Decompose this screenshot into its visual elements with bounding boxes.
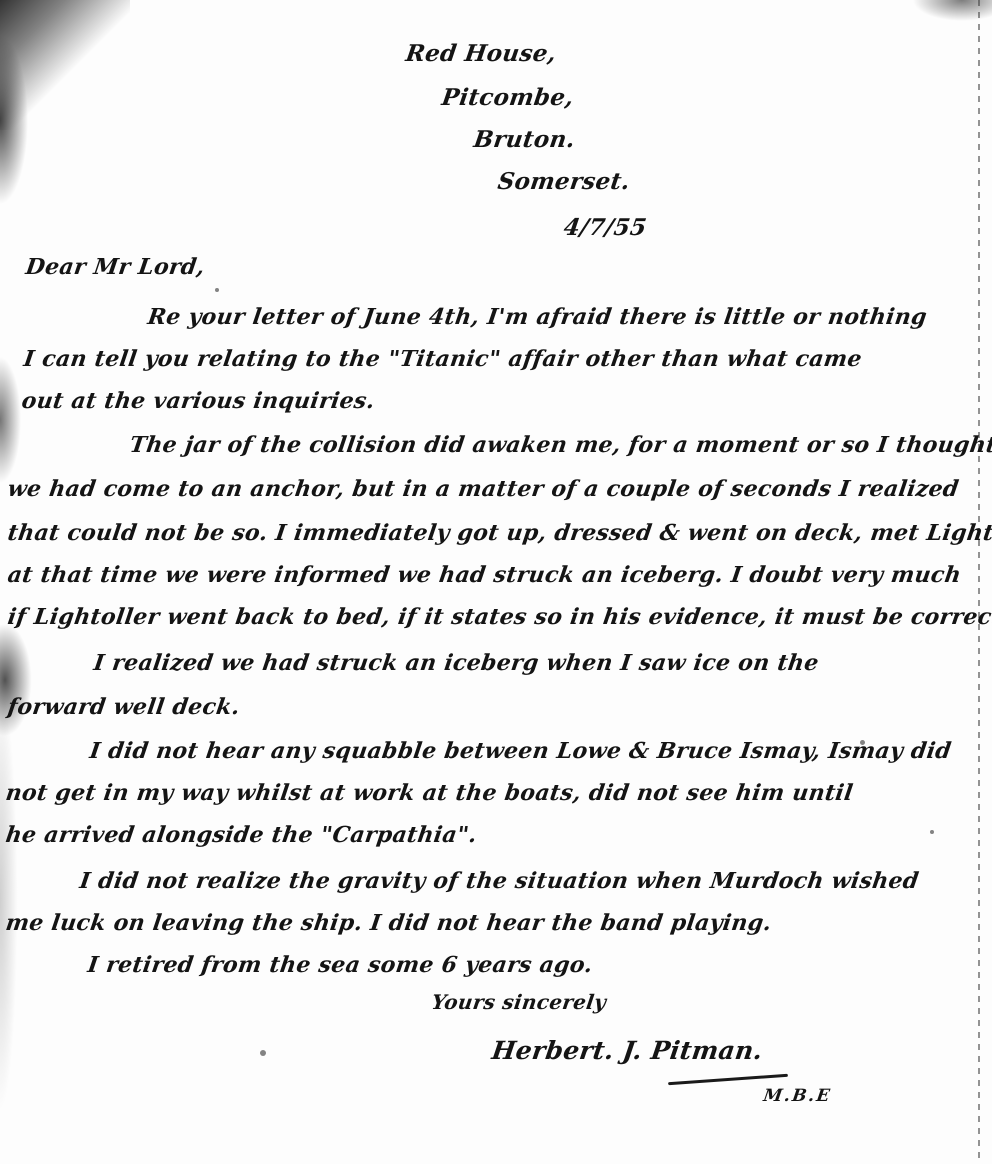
body-line: me luck on leaving the ship. I did not h… <box>4 910 773 936</box>
address-line-3: Bruton. <box>472 126 577 153</box>
body-line: out at the various inquiries. <box>20 388 377 414</box>
address-line-4: Somerset. <box>496 168 632 195</box>
body-line: The jar of the collision did awaken me, … <box>128 432 992 458</box>
body-line: he arrived alongside the "Carpathia". <box>4 822 479 848</box>
body-line: at that time we were informed we had str… <box>6 562 963 588</box>
body-line: that could not be so. I immediately got … <box>6 520 992 546</box>
speckle <box>260 1050 266 1056</box>
scan-shadow-top-right <box>882 0 992 40</box>
address-line-1: Red House, <box>404 40 558 67</box>
body-line: I can tell you relating to the "Titanic"… <box>22 346 864 372</box>
body-line: I did not hear any squabble between Lowe… <box>88 738 953 764</box>
body-line: I did not realize the gravity of the sit… <box>78 868 920 894</box>
closing: Yours sincerely <box>430 990 608 1014</box>
signature: Herbert. J. Pitman. <box>490 1036 765 1065</box>
letter-date: 4/7/55 <box>562 214 648 241</box>
body-line: I retired from the sea some 6 years ago. <box>86 952 594 978</box>
speckle <box>215 288 219 292</box>
body-line: not get in my way whilst at work at the … <box>4 780 855 806</box>
speckle <box>930 830 934 834</box>
body-line: if Lightoller went back to bed, if it st… <box>6 604 992 630</box>
salutation: Dear Mr Lord, <box>24 254 207 280</box>
body-line: I realized we had struck an iceberg when… <box>92 650 820 676</box>
scan-edge-right <box>978 0 980 1164</box>
body-line: Re your letter of June 4th, I'm afraid t… <box>146 304 929 330</box>
address-line-2: Pitcombe, <box>440 84 576 111</box>
body-line: forward well deck. <box>6 694 242 720</box>
letter-page: Red House, Pitcombe, Bruton. Somerset. 4… <box>0 0 992 1164</box>
signature-underline <box>668 1074 788 1085</box>
postnominal: M.B.E <box>762 1086 833 1106</box>
body-line: we had come to an anchor, but in a matte… <box>6 476 961 502</box>
